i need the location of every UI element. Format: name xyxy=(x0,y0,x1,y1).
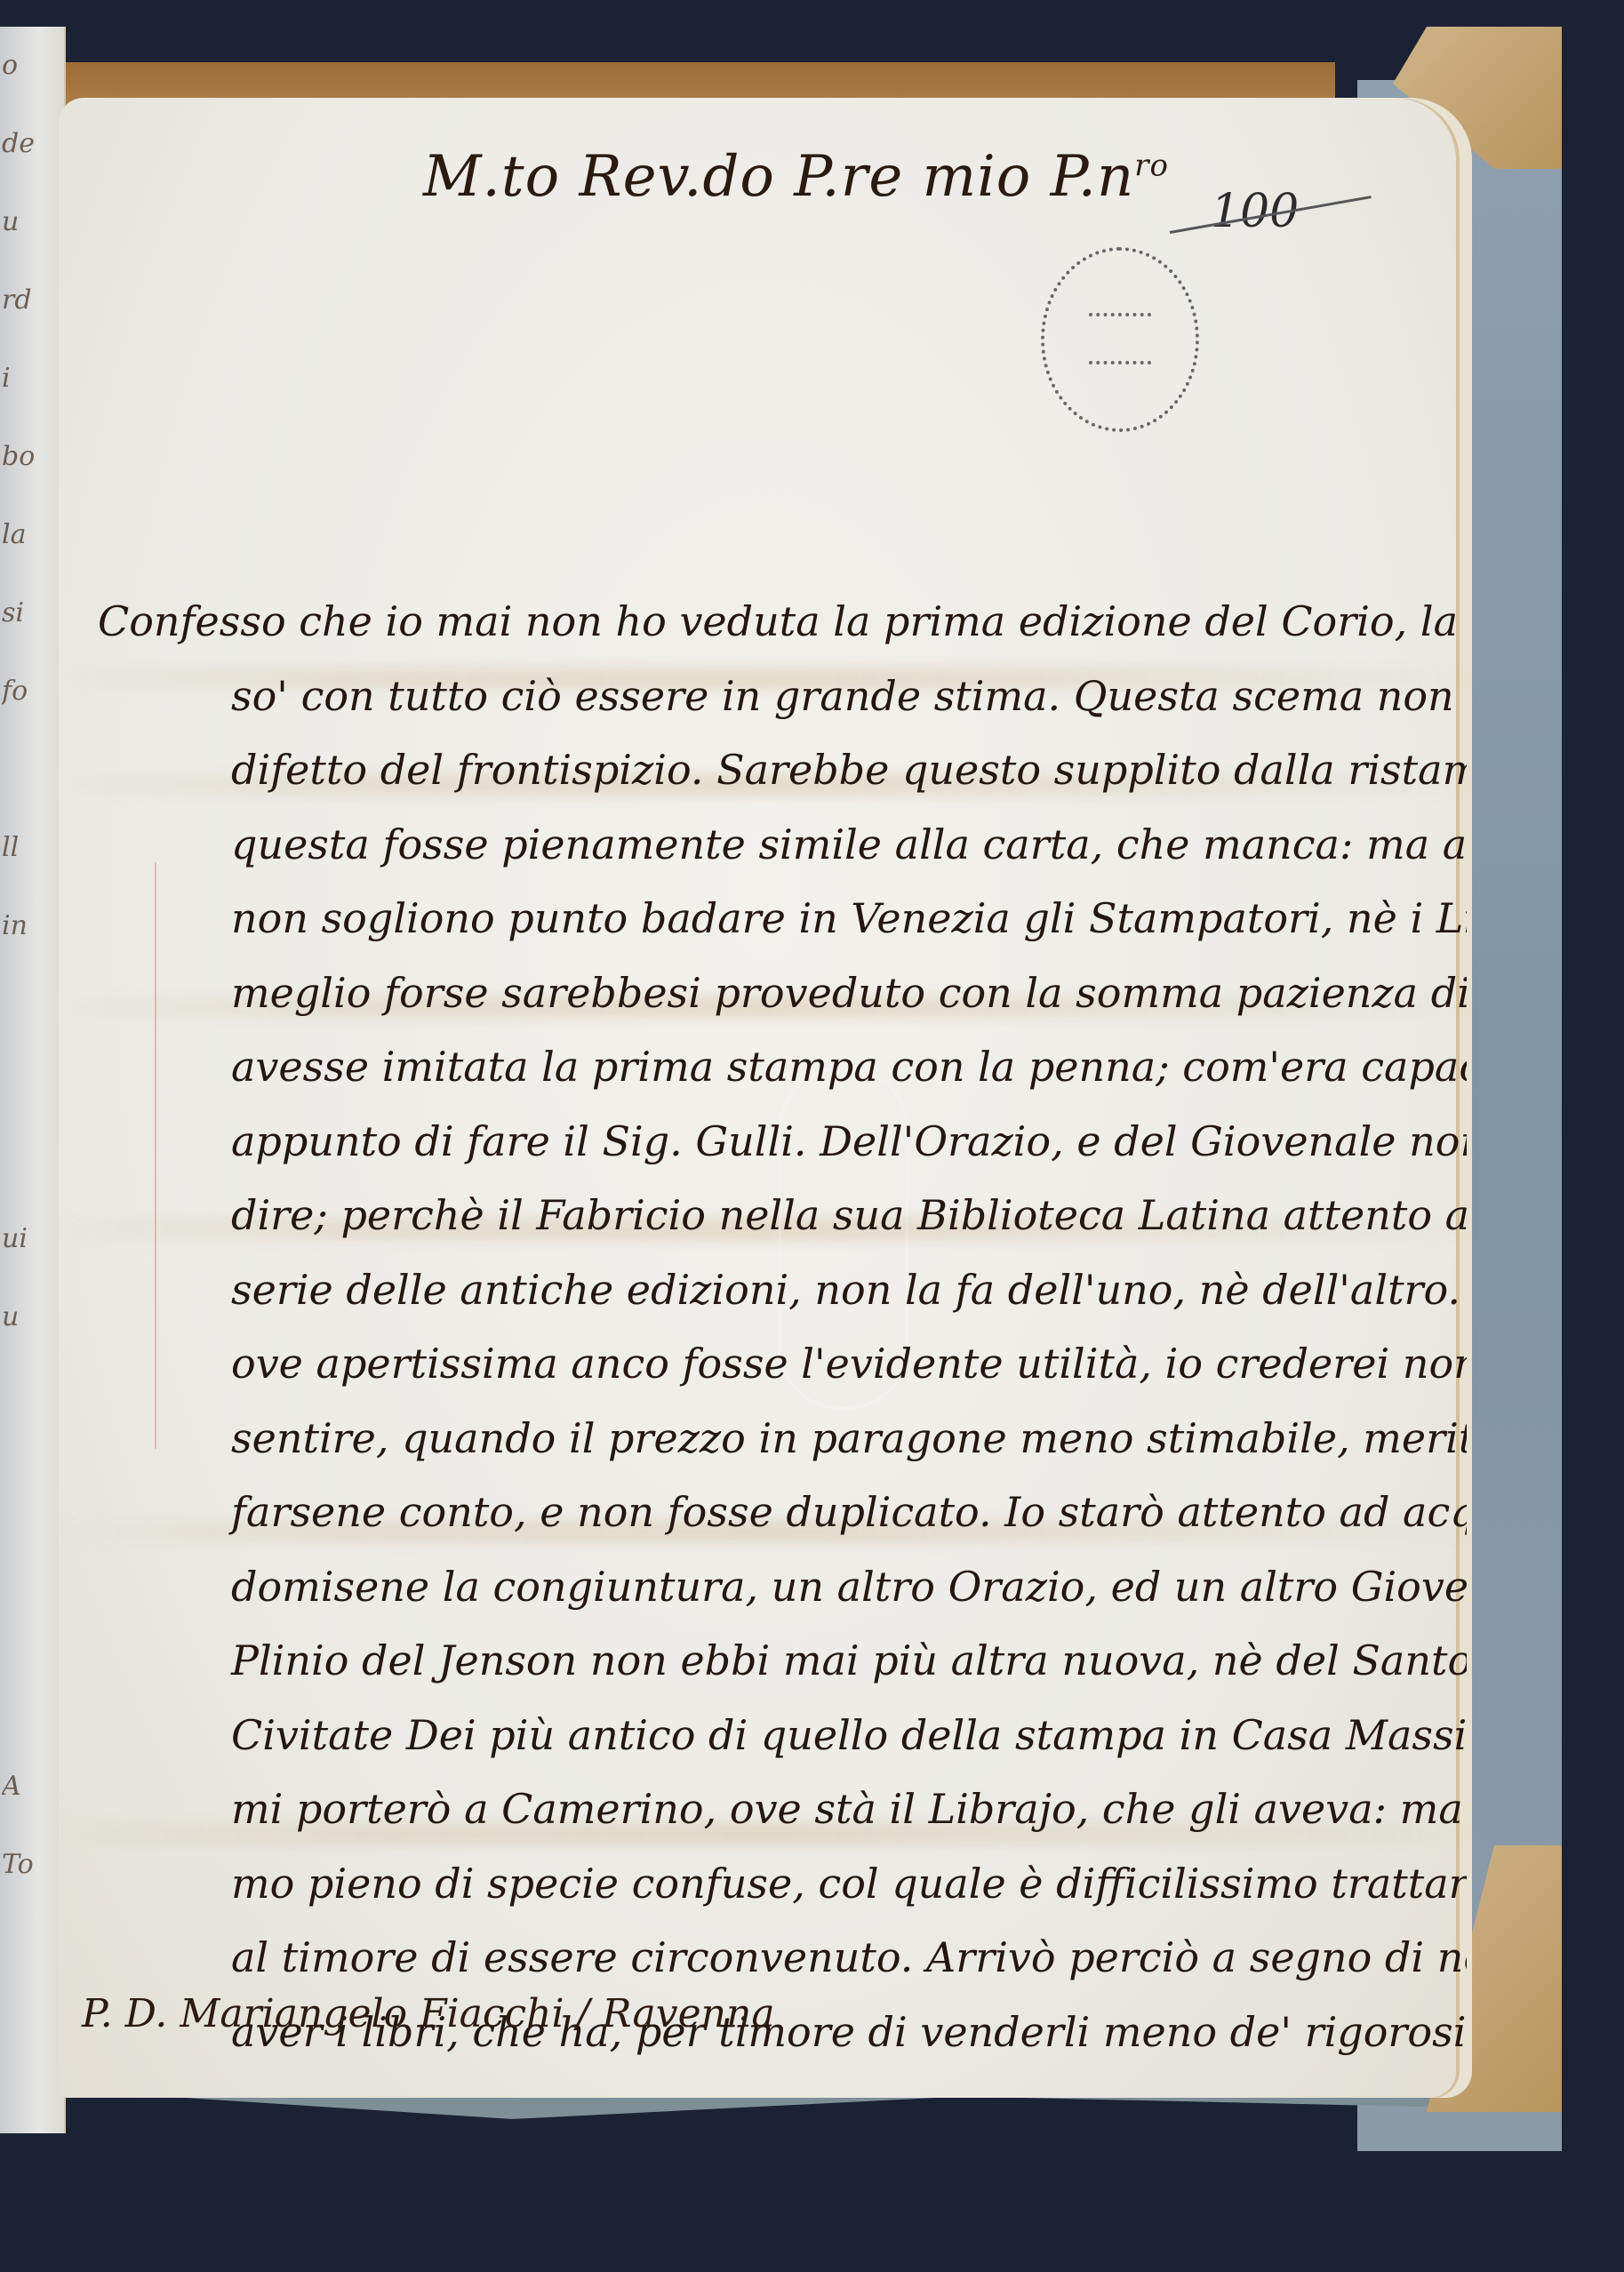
letter-line: questa fosse pienamente simile alla cart… xyxy=(98,808,1467,883)
letter-line: non sogliono punto badare in Venezia gli… xyxy=(98,882,1467,956)
letter-line: Civitate Dei più antico di quello della … xyxy=(98,1699,1467,1773)
letter-line: serie delle antiche edizioni, non la fa … xyxy=(98,1253,1467,1328)
letter-line: Confesso che io mai non ho veduta la pri… xyxy=(98,585,1467,660)
manuscript-page: M.to Rev.do P.re mio P.nro 100 Confesso … xyxy=(59,98,1472,2098)
salutation-heading: M.to Rev.do P.re mio P.nro xyxy=(423,144,1169,210)
letter-line: appunto di fare il Sig. Gulli. Dell'Oraz… xyxy=(98,1105,1467,1180)
letter-line: Plinio del Jenson non ebbi mai più altra… xyxy=(98,1624,1467,1699)
letter-line: mi porterò a Camerino, ove stà il Libraj… xyxy=(98,1772,1467,1847)
salutation-text: M.to Rev.do P.re mio P.n xyxy=(423,144,1134,210)
letter-line: avesse imitata la prima stampa con la pe… xyxy=(98,1030,1467,1105)
salutation-superscript: ro xyxy=(1134,148,1169,184)
previous-leaf-text: o de u rd i bo la si fo ll in ui u A To xyxy=(2,27,62,1904)
letter-line: so' con tutto ciò essere in grande stima… xyxy=(98,660,1467,734)
library-stamp-icon xyxy=(1041,247,1199,432)
letter-body: Confesso che io mai non ho veduta la pri… xyxy=(98,585,1467,2069)
letter-line: dire; perchè il Fabricio nella sua Bibli… xyxy=(98,1179,1467,1253)
letter-line: ove apertissima anco fosse l'evidente ut… xyxy=(98,1327,1467,1402)
letter-line: al timore di essere circonvenuto. Arrivò… xyxy=(98,1921,1467,1996)
letter-line: domisene la congiuntura, un altro Orazio… xyxy=(98,1550,1467,1625)
letter-line: meglio forse sarebbesi proveduto con la … xyxy=(98,956,1467,1031)
photograph-frame: o de u rd i bo la si fo ll in ui u A To … xyxy=(0,0,1624,2272)
letter-line: difetto del frontispizio. Sarebbe questo… xyxy=(98,733,1467,808)
addressee-line: P. D. Mariangelo Fiacchi / Ravenna xyxy=(82,1991,775,2036)
letter-line: sentire, quando il prezzo in paragone me… xyxy=(98,1402,1467,1476)
letter-line: farsene conto, e non fosse duplicato. Io… xyxy=(98,1476,1467,1550)
previous-leaf-edge: o de u rd i bo la si fo ll in ui u A To xyxy=(0,27,66,2133)
stamp-crest xyxy=(1089,313,1151,364)
letter-line: mo pieno di specie confuse, col quale è … xyxy=(98,1847,1467,1922)
